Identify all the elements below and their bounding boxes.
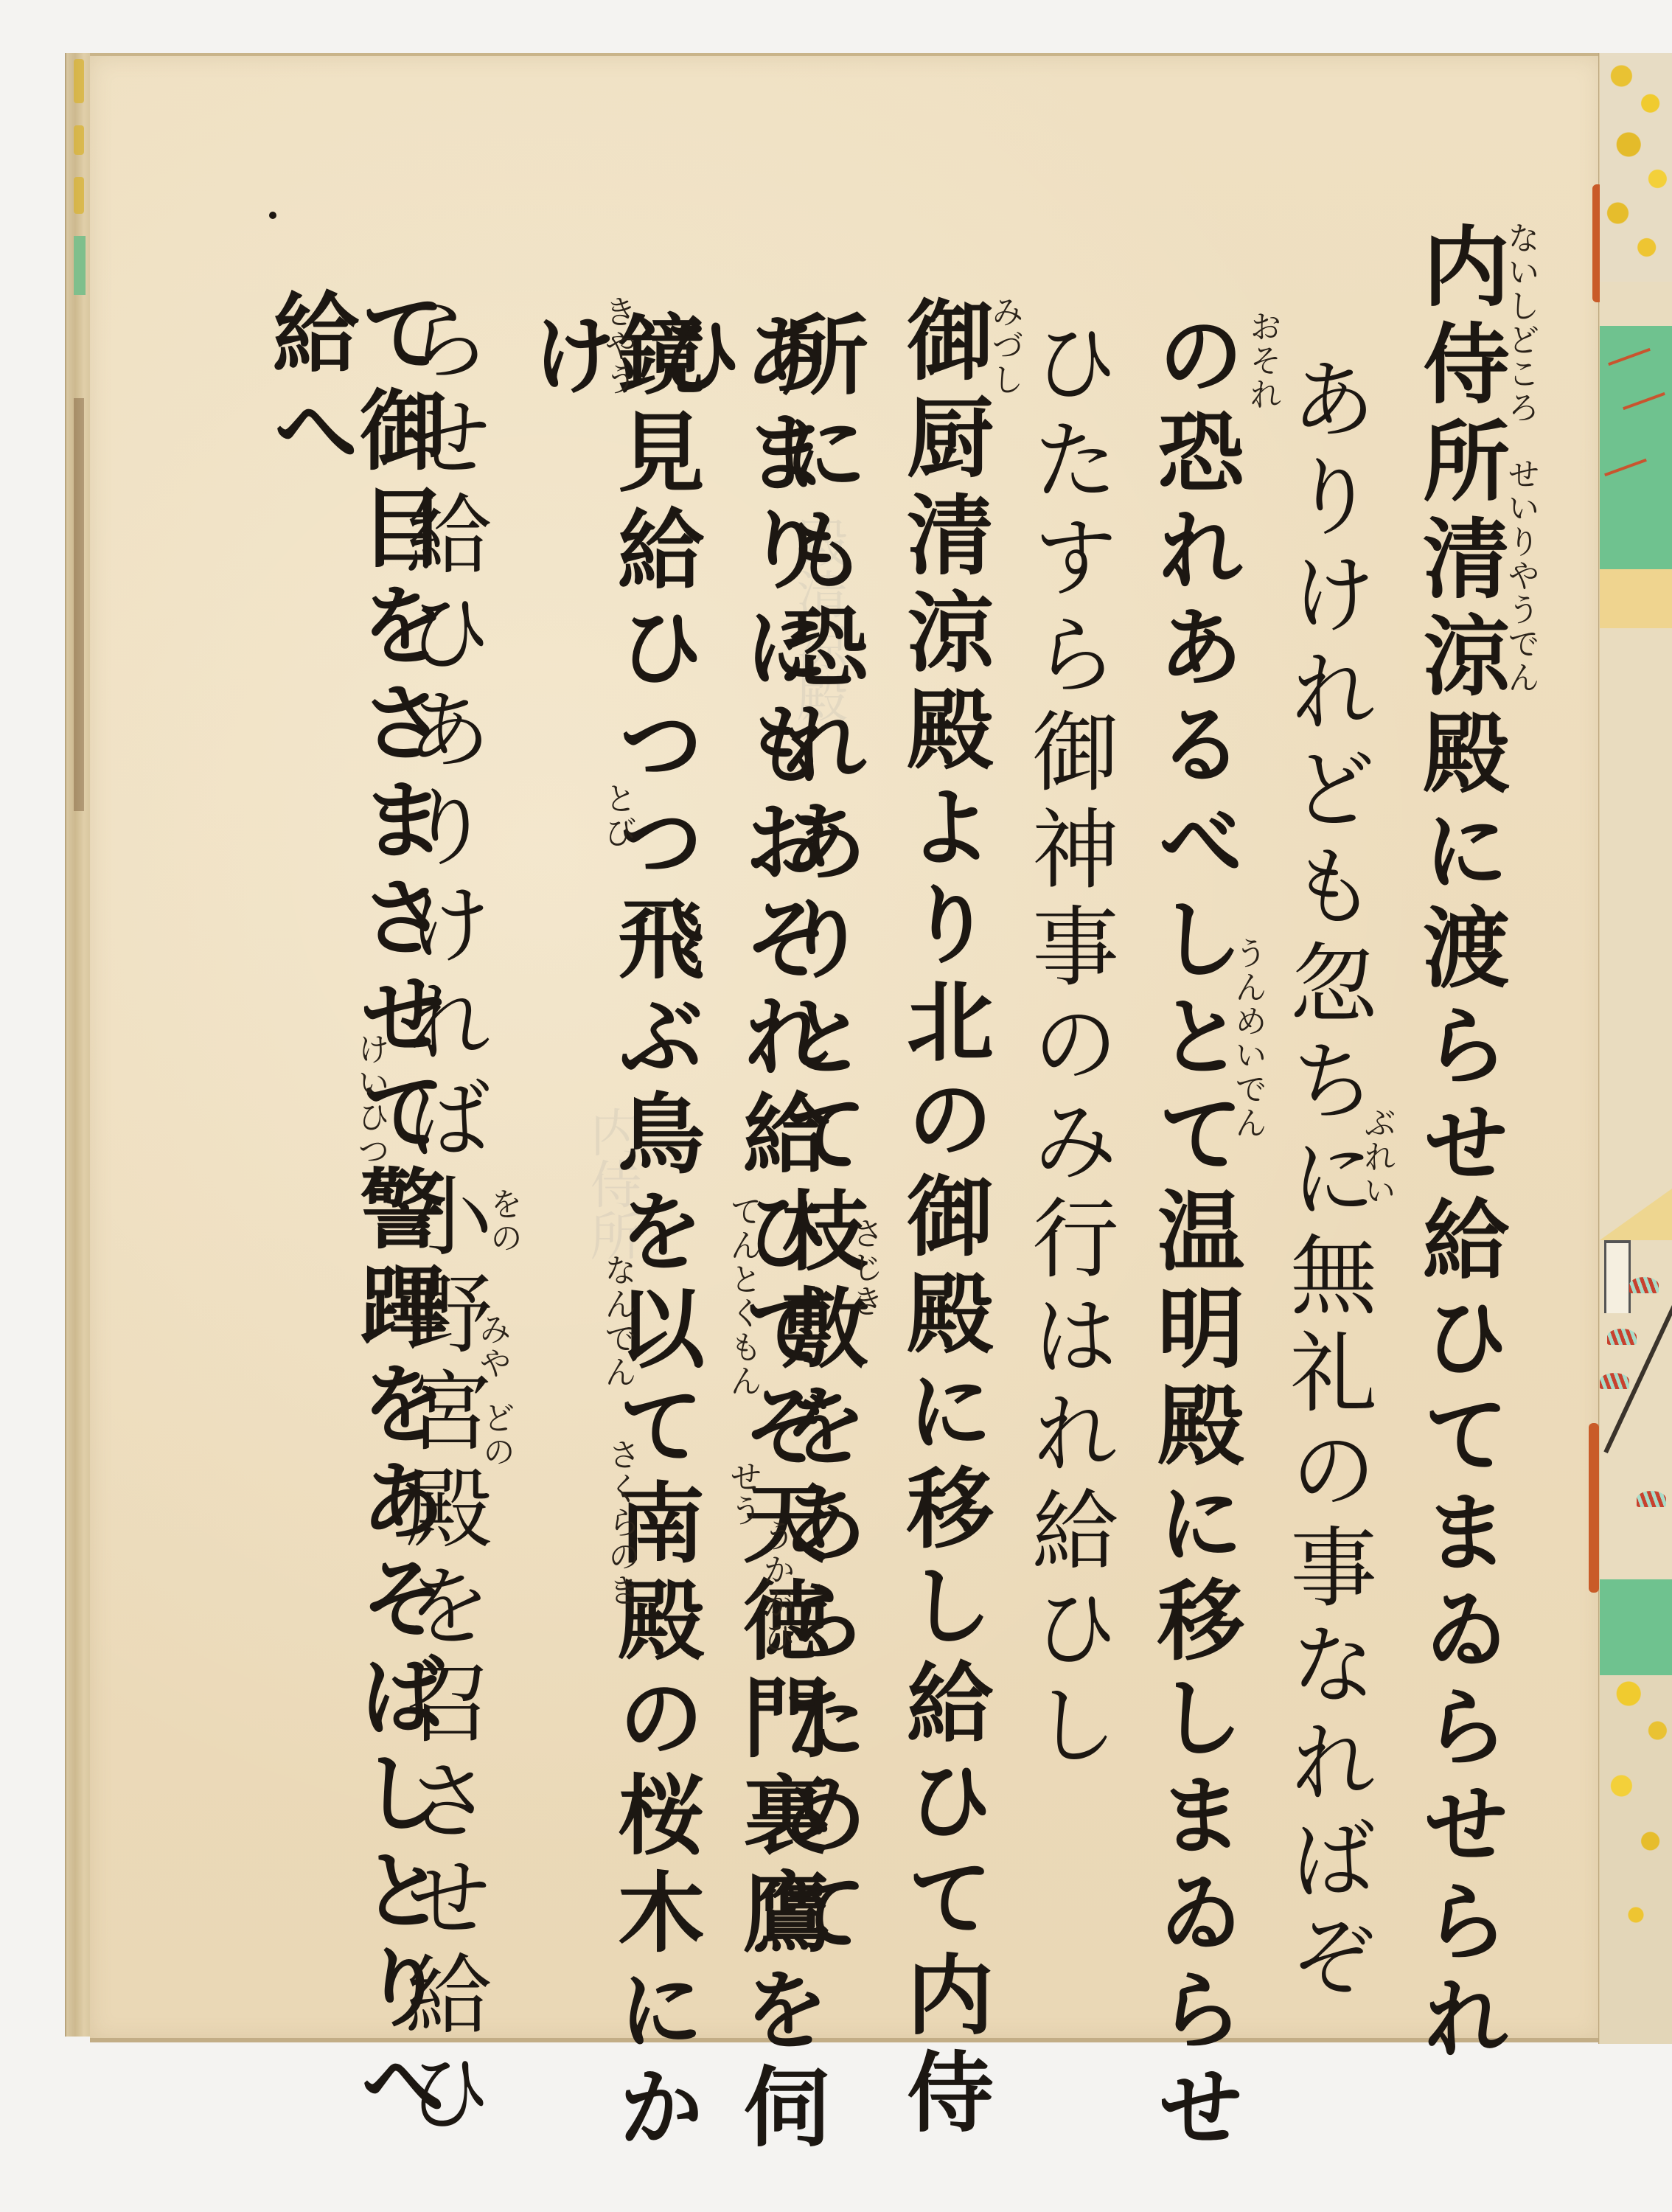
maple-leaves (1637, 1491, 1666, 1507)
gold-edge-fleck (74, 59, 84, 103)
ruby-column-8c: なんでん (601, 1253, 633, 1389)
ruby-column-6: さじき (848, 1217, 880, 1318)
ruby-column-7a: てんとくもん (726, 1194, 759, 1398)
green-hill-lower (1600, 1579, 1672, 1675)
maple-leaves (1600, 1373, 1629, 1389)
gold-edge-fleck (74, 177, 84, 214)
ruby-column-3a: おそれ (1246, 310, 1278, 411)
pavilion-pillar (1604, 1240, 1631, 1313)
painted-illustration (1600, 53, 1672, 2044)
maple-leaves (1607, 1329, 1637, 1345)
ochre-ground (1600, 569, 1672, 628)
ruby-column-5: みづし (988, 295, 1020, 397)
pavilion-roof (1600, 1189, 1672, 1240)
dark-edge-sliver (74, 398, 84, 811)
ruby-column-9c: どの (479, 1401, 512, 1469)
gold-edge-fleck (74, 125, 84, 155)
ruby-column-1b: せいりやうでん (1504, 457, 1536, 695)
binding-cord (1589, 1423, 1599, 1593)
ruby-column-9a: をの (487, 1187, 519, 1255)
ruby-column-10: けいひつ (354, 1032, 386, 1168)
text-column-10: て御目をさまさせて警蹕をあそばしとりへ給へ (265, 288, 439, 2212)
text-column-2: ありけれども忽ちに無礼の事なればぞ (1283, 354, 1370, 2008)
ink-dot-mark (269, 212, 276, 219)
ruby-column-7b: せう (726, 1460, 759, 1528)
gold-leaf-clouds (1600, 53, 1672, 282)
text-column-4: ひたすら御神事のみ行はれ給ひし (1025, 317, 1112, 1777)
text-column-5: 御厨清涼殿より北の御殿に移し給ひて内侍 (899, 295, 986, 2144)
ruby-column-7c: うかがひ (759, 1519, 792, 1655)
green-edge-sliver (74, 236, 86, 295)
ruby-column-2: ぶれい (1360, 1106, 1393, 1208)
ruby-column-9b: みや (476, 1312, 508, 1380)
ruby-column-8d: さくらのき (605, 1438, 637, 1607)
text-column-1: 内侍所清涼殿に渡らせ給ひてまゐらせられ (1415, 221, 1502, 2070)
ruby-column-8a: きやう (601, 295, 633, 397)
ruby-column-8b: とび (601, 782, 633, 849)
text-column-3: の恐れあるべしとて温明殿に移しまゐらせ (1150, 310, 1237, 2159)
ruby-column-1a: ないしどころ (1504, 221, 1536, 425)
maple-leaves (1629, 1277, 1659, 1293)
gold-leaf-clouds-lower (1600, 1675, 1672, 2044)
ruby-column-3b: うんめいでん (1231, 936, 1264, 1140)
